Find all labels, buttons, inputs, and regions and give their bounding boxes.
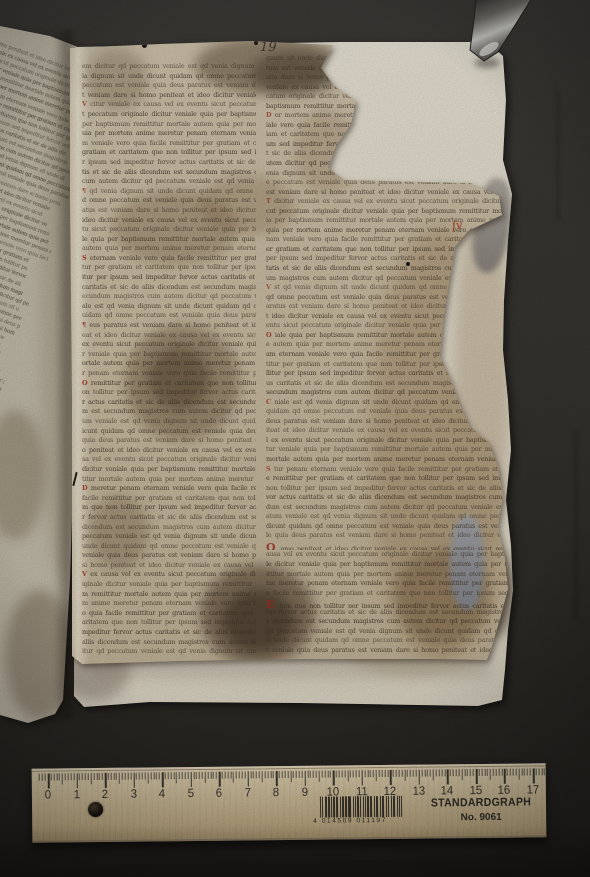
ruler-tick (182, 772, 183, 779)
ruler-number: 3 (130, 787, 136, 801)
ruler-tick (313, 771, 314, 778)
manuscript-text-line: m veniale vero quia facile remittitur pe… (82, 139, 256, 149)
manuscript-text-line: veniale ex causa vel ex eventu sicut pec… (266, 83, 512, 93)
ruler-number: 7 (244, 785, 250, 799)
manuscript-text-line: titur mortale autem quia per mortem anim… (82, 475, 256, 485)
ruler-tick (179, 772, 180, 779)
manuscript-text-line: cut peccatum originale dicitur veniale q… (266, 207, 512, 217)
barcode-bar (370, 796, 372, 817)
ruler-tick (187, 772, 188, 779)
stain (295, 110, 355, 195)
ruler-tick (424, 770, 425, 777)
ruler-tick (307, 771, 308, 778)
ruler-tick (247, 771, 249, 786)
ruler-tick (233, 772, 234, 783)
ruler-tick (470, 769, 471, 776)
ruler-tick (296, 771, 297, 778)
ruler-tick (302, 771, 303, 778)
manuscript-text-line: utem dicitur qd peccatum veniale est qd … (266, 159, 512, 169)
gray-repair-patch (450, 516, 484, 610)
manuscript-text-line: iteat et ideo dicitur veniale ex causa v… (266, 426, 512, 436)
ruler-tick (196, 772, 197, 779)
ruler-tick (516, 769, 517, 776)
ruler-tick (56, 773, 57, 780)
ruler-tick (327, 771, 328, 778)
barcode-bar (325, 797, 327, 818)
ruler: 01234567891011121314151617 4 014509 0111… (32, 763, 547, 842)
manuscript-text-line: em dicitur qd peccatum veniale est qd ve… (82, 62, 256, 72)
ruler-tick (290, 771, 291, 782)
ruler-tick (236, 772, 237, 779)
photo-scene: veniam dare si homo peniteat et ideo dic… (0, 0, 590, 877)
previous-folio-text-line: e quia per baptismum remittitur mortale … (0, 56, 102, 120)
manuscript-text-line: D meretur penam eternam veniale vero qui… (82, 484, 256, 494)
ruler-tick (276, 771, 278, 786)
manuscript-text-line: quia per mortem anime meretur penam eter… (266, 226, 512, 236)
manuscript-text-line: sa vel ex eventu sicut peccatum original… (82, 455, 256, 465)
ruler-tick (513, 769, 514, 776)
ruler-tick (159, 772, 160, 779)
previous-folio-text-line: eccatum est veniale quia deus paratus es… (0, 277, 22, 341)
stain (250, 52, 340, 94)
manuscript-text-line: um veniale est qd venia dignum sit unde … (82, 417, 256, 427)
text-column-1: em dicitur qd peccatum veniale est qd ve… (82, 62, 256, 657)
manuscript-text-line: le dicitur veniale quia per baptismum re… (266, 560, 512, 570)
ruler-model-label: No. 9061 (416, 811, 546, 823)
ruler-tick (396, 770, 397, 777)
rubric-initial: S (82, 254, 90, 262)
ruler-tick (330, 771, 331, 778)
ruler-tick (242, 771, 243, 778)
manuscript-text-line: um magistros cum autem dicitur qd peccat… (266, 274, 512, 284)
ruler-tick (93, 773, 94, 780)
stain (86, 48, 148, 110)
ruler-tick (130, 773, 131, 780)
barcode-bar (382, 796, 384, 817)
manuscript-text-line: e peccatum est veniale quia deus paratus… (266, 178, 512, 188)
manuscript-text-line: eat et ideo dicitur veniale ex causa vel… (82, 331, 256, 341)
manuscript-text-line: r fervor actus caritatis et sic de aliis… (82, 513, 256, 523)
text-column-2: gnum sit unde dicunt quidam qd omne pecc… (266, 54, 512, 655)
manuscript-text-line: aliis dicendum est secundum magistros cu… (82, 638, 256, 648)
ruler-tick (399, 770, 400, 777)
ruler-tick (70, 773, 71, 780)
manuscript-text-line: l ex eventu sicut peccatum originale dic… (266, 436, 512, 446)
manuscript-text-line: m remittitur mortale autem quia per mort… (82, 590, 256, 600)
manuscript-text-line: t sic de aliis dicendum est secundum mag… (266, 149, 512, 159)
ruler-tick (150, 772, 151, 779)
ruler-tick (227, 772, 228, 779)
red-marginal-mark: ſv (451, 218, 463, 232)
rubric-initial: O (266, 331, 275, 339)
stain (148, 348, 210, 410)
stain (455, 200, 510, 530)
ruler-tick (256, 771, 257, 778)
manuscript-text-line: nam veniale vero quia facile remittitur … (266, 235, 512, 245)
manuscript-text-line: uia per mortem anime meretur penam etern… (82, 129, 256, 139)
stain (395, 550, 490, 645)
stain (112, 190, 237, 265)
ruler-tick (51, 773, 52, 780)
rubric-initial: V (82, 100, 90, 108)
barcode-bar (393, 796, 395, 817)
manuscript-text-line: peccatum veniale est qd venia dignum sit… (82, 532, 256, 542)
ruler-tick (279, 771, 280, 778)
barcode-bar (397, 796, 398, 817)
ruler-tick (102, 773, 103, 780)
previous-folio-text-line: tem anime meretur penam eternam veniale … (0, 72, 96, 136)
ruler-tick (230, 772, 231, 779)
manuscript-text-line: uidam qd omne peccatum est veniale quia … (82, 311, 256, 321)
ruler-tick (156, 772, 157, 779)
manuscript-text-line: r veniale quia per baptismum remittitur … (82, 350, 256, 360)
manuscript-text-line: icunt quidam qd omne peccatum est venial… (82, 427, 256, 437)
ruler-tick (128, 773, 129, 780)
photo-grain-overlay (0, 0, 590, 877)
manuscript-text-line: si homo peniteat et ideo dicitur veniale… (82, 561, 256, 571)
rubric-initial: D (266, 111, 275, 119)
manuscript-text-line: deus paratus est veniam dare si homo pen… (266, 417, 512, 427)
ruler-tick (401, 770, 402, 777)
manuscript-text-line: ¶ qd venia dignum sit unde dicunt quidam… (82, 187, 256, 197)
ruler-tick (148, 772, 149, 783)
ruler-tick (105, 773, 107, 788)
ruler-tick (439, 769, 440, 776)
manuscript-text-line: tis et sic de aliis dicendum est secundu… (82, 168, 256, 178)
ruler-tick (65, 773, 66, 780)
ruler-tick (304, 771, 306, 786)
ruler-number: 4 (159, 786, 165, 800)
ruler-tick (384, 770, 385, 777)
previous-folio-text-line: u sicut peccatum originale dicitur venia… (0, 307, 11, 371)
barcode-bar (336, 796, 338, 817)
ruler-tick (199, 772, 200, 779)
ruler-tick (108, 773, 109, 780)
ruler-tick (536, 768, 537, 775)
ruler-tick (333, 771, 335, 786)
manuscript-text-line: quidam qd omne peccatum est veniale quia… (266, 407, 512, 417)
ruler-tick (484, 769, 485, 776)
ruler-tick (478, 769, 479, 776)
manuscript-text-line: m que non tollitur per ipsum sed impedit… (82, 503, 256, 513)
torn-parchment-flap (468, 176, 517, 275)
barcode-bar (376, 796, 378, 817)
ruler-tick (39, 774, 40, 781)
manuscript-text-line: um sed impeditur fervor actus caritatis … (266, 140, 512, 150)
ruler-tick (122, 773, 123, 780)
ruler-tick (444, 769, 445, 776)
manuscript-text-line: catum originale dicitur veniale quia per… (266, 92, 512, 102)
ruler-tick (538, 768, 539, 775)
ruler-tick (273, 771, 274, 778)
manuscript-text-line: dicitur veniale quia per baptismum remit… (82, 465, 256, 475)
ruler-tick (125, 773, 126, 780)
ruler-tick (88, 773, 89, 780)
ruler-tick (504, 769, 506, 784)
ruler-tick (527, 768, 528, 775)
ruler-tick (324, 771, 325, 778)
barcode-bar (342, 796, 344, 817)
ruler-tick (350, 770, 351, 777)
manuscript-text-line: dum est secundum magistros cum autem dic… (266, 503, 512, 513)
ruler-tick (207, 772, 208, 779)
felt-crease (575, 430, 577, 620)
ruler-tick (259, 771, 260, 778)
ruler-tick (507, 769, 508, 776)
manuscript-text-line: per ipsum sed impeditur fervor actus car… (266, 254, 512, 264)
rubric-initial: E (266, 598, 279, 608)
ruler-number: 0 (45, 787, 51, 801)
rubric-initial: ¶ (82, 187, 89, 195)
manuscript-text-line: T dicitur veniale ex causa vel ex eventu… (266, 197, 512, 207)
ruler-tick (441, 769, 442, 776)
ruler-tick (213, 772, 214, 779)
barcode-bar (322, 797, 323, 818)
manuscript-text-line: itur per ipsum sed impeditur fervor actu… (82, 273, 256, 283)
previous-folio-text-line: liis dicendum est secundum magistros cum… (0, 247, 33, 311)
ruler-tick (381, 770, 382, 777)
stain (340, 615, 490, 675)
manuscript-text-line: tu sicut peccatum originale dicitur veni… (82, 225, 256, 235)
ruler-tick (393, 770, 394, 777)
metal-clip-icon (0, 0, 590, 877)
ruler-tick (353, 770, 354, 777)
manuscript-text-line: llitur per ipsum sed impeditur fervor ac… (266, 369, 512, 379)
previous-folio-text-line: quia per mortem anime meretur penam eter… (0, 330, 2, 394)
manuscript-text-line: O iale quia per baptismum remittitur mor… (266, 331, 512, 341)
previous-folio-text-line: unde dicunt quidam qd omne peccatum est … (0, 269, 24, 333)
barcode-bar (345, 796, 347, 817)
ruler-tick (476, 769, 478, 784)
ruler-tick (239, 772, 240, 779)
manuscript-text-line: enia dignum sit unde dicunt quidam qd om… (266, 169, 512, 179)
stain (195, 36, 340, 94)
stain (370, 225, 510, 665)
stain (125, 325, 240, 440)
previous-folio-text-line: omo peniteat et ideo dicitur veniale ex … (0, 292, 16, 356)
manuscript-text-line: er gratiam et caritatem que non tollitur… (266, 245, 512, 255)
ruler-tick (359, 770, 360, 777)
manuscript-text-line: mpeditur fervor actus caritatis et sic d… (82, 628, 256, 638)
ruler-tick (264, 771, 265, 778)
manuscript-text-line: gratiam et caritatem que non tollitur pe… (82, 148, 256, 158)
manuscript-text-line: S tur penam eternam veniale vero quia fa… (266, 465, 512, 475)
ruler-tick (379, 770, 380, 777)
manuscript-text-line: unde dicunt quidam qd omne peccatum est … (82, 542, 256, 552)
gutter-shadow (54, 30, 78, 720)
ruler-tick (293, 771, 294, 778)
ruler-tick (342, 770, 343, 777)
manuscript-text-line: V st qd venia dignum sit unde dicunt qui… (266, 283, 512, 293)
ruler-tick (216, 772, 217, 779)
ruler-tick (116, 773, 117, 780)
ruler-number: 8 (273, 785, 279, 799)
ruler-tick (110, 773, 111, 780)
previous-folio-text-line: er mortem anime meretur penam eternam ve… (0, 201, 49, 265)
ruler-tick (356, 770, 357, 777)
ruler-tick (225, 772, 226, 779)
ruler-tick (170, 772, 171, 779)
previous-folio-text-line: cile remittitur per gratiam et caritatem… (0, 216, 44, 280)
previous-folio-text-line: veniale ex causa vel ex eventu sicut pec… (0, 300, 13, 364)
manuscript-text-line: ¶ eus paratus est veniam dare si homo pe… (82, 321, 256, 331)
ruler-tick (461, 769, 462, 780)
manuscript-text-line: me meretur penam eternam veniale vero qu… (266, 579, 512, 589)
barcode-bar (357, 796, 359, 817)
manuscript-text-line: ale est qd venia dignum sit unde dicunt … (82, 302, 256, 312)
manuscript-text-line: qd peccatum veniale est qd venia dignum … (266, 627, 512, 637)
ruler-tick (407, 770, 408, 777)
rubric-initial: D (82, 484, 91, 492)
manuscript-text-line: titur per gratiam et caritatem que non t… (266, 360, 512, 370)
previous-folio-text-line: t peccatum originale dicitur veniale qui… (0, 178, 58, 242)
ruler-tick (436, 769, 437, 776)
manuscript-text-line: ausa vel ex eventu sicut peccatum origin… (266, 550, 512, 560)
ruler-number: 13 (412, 784, 425, 798)
ruler-number: 6 (216, 786, 222, 800)
ruler-tick (416, 770, 417, 777)
ruler-tick (267, 771, 268, 778)
ruler-tick (427, 770, 428, 777)
manuscript-text-line: quia deus paratus est veniam dare si hom… (82, 436, 256, 446)
barcode-bar (348, 796, 351, 817)
manuscript-text-line: veniale quia deus paratus est veniam dar… (82, 551, 256, 561)
ruler-tick (99, 773, 100, 780)
ruler-tick (510, 769, 511, 776)
ruler-tick (82, 773, 83, 780)
manuscript-text-line: am eternam veniale vero quia facile remi… (266, 350, 512, 360)
ruler-hole (88, 802, 103, 817)
rubric-initial: O (82, 379, 91, 387)
manuscript-text-line: r actus caritatis et sic de aliis dicend… (82, 398, 256, 408)
ruler-tick (453, 769, 454, 776)
ruler-tick (481, 769, 482, 776)
ruler-tick (458, 769, 459, 776)
ruler-tick (287, 771, 288, 778)
ruler-tick (202, 772, 203, 779)
previous-folio-page: veniam dare si homo peniteat et ideo dic… (0, 0, 590, 877)
ruler-tick (68, 773, 69, 780)
manuscript-text-line: ittitur mortale autem quia per mortem an… (266, 570, 512, 580)
ruler-tick (48, 774, 50, 789)
ruler-tick (376, 770, 377, 781)
manuscript-text-line: e remittitur per gratiam et caritatem qu… (266, 474, 512, 484)
ruler-tick (133, 773, 135, 788)
manuscript-text-line: dicunt quidam qd omne peccatum est venia… (266, 522, 512, 532)
ruler-number: 15 (469, 783, 482, 797)
manuscript-text-line: ideo dicitur veniale ex causa vel ex eve… (82, 216, 256, 226)
ruler-tick (473, 769, 474, 776)
barcode-bar (386, 796, 387, 817)
manuscript-text-line: d omne peccatum est veniale quia deus pa… (82, 196, 256, 206)
manuscript-text-line: e autem quia per mortem anime meretur pe… (266, 340, 512, 350)
ruler-tick (373, 770, 374, 777)
ruler-tick (336, 770, 337, 777)
manuscript-text-line: t veniam dare si homo peniteat et ideo d… (82, 91, 256, 101)
ruler-tick (282, 771, 283, 778)
ruler-tick (299, 771, 300, 778)
ruler-tick (210, 772, 211, 779)
manuscript-text-line: on tollitur per ipsum sed impeditur ferv… (82, 388, 256, 398)
ruler-tick (270, 771, 271, 778)
ruler-tick (162, 772, 164, 787)
manuscript-text-line: est veniam dare si homo peniteat et ideo… (266, 188, 512, 198)
manuscript-text-line: tur fervor actus caritatis et sic de ali… (266, 608, 512, 618)
previous-folio-text-line: veniale quia per baptismum remittitur mo… (0, 186, 55, 250)
manuscript-text-line: ex eventu sicut peccatum originale dicit… (82, 340, 256, 350)
stain (222, 590, 294, 652)
previous-folio-text-line: ur mortale autem quia per mortem anime m… (0, 64, 99, 128)
ruler-tick (139, 773, 140, 780)
ruler-tick (85, 773, 86, 780)
ink-dot (254, 41, 258, 45)
ruler-tick (59, 773, 60, 780)
ruler-tick (185, 772, 186, 779)
manuscript-text-line: itur qd peccatum veniale est qd venia di… (82, 647, 256, 657)
ruler-tick (433, 769, 434, 780)
ruler-tick (53, 773, 54, 780)
manuscript-text-line: D er mortem anime meretur penam eternam … (266, 111, 512, 121)
barcode-bar (401, 796, 402, 817)
ruler-tick (347, 770, 348, 781)
ruler-tick (361, 770, 363, 785)
manuscript-text-line: iginale dicitur veniale quia per baptism… (82, 580, 256, 590)
ruler-number: 14 (441, 783, 454, 797)
manuscript-text-line: us caritatis et sic de aliis dicendum es… (266, 379, 512, 389)
rubric-initial: ¶ (82, 321, 89, 329)
barcode-bar (360, 796, 361, 817)
manuscript-text-line: tur per gratiam et caritatem que non tol… (82, 263, 256, 273)
previous-folio-text-line: per ipsum sed impeditur fervor actus car… (0, 231, 38, 295)
previous-folio-text-line: t caritatem que non tollitur per ipsum s… (0, 224, 41, 288)
ruler-tick (367, 770, 368, 777)
previous-folio-text-line: citur veniale quia per baptismum remitti… (0, 315, 8, 379)
manuscript-text-line: V ex causa vel ex eventu sicut peccatum … (82, 570, 256, 580)
ruler-tick (524, 769, 525, 776)
rubric-initial: C (266, 398, 274, 406)
felt-crease (557, 90, 559, 220)
ruler-tick (79, 773, 80, 780)
manuscript-text-line: qd omne peccatum est veniale quia deus p… (266, 293, 512, 303)
ruler-tick (136, 773, 137, 780)
barcode (320, 796, 402, 818)
ruler-tick (496, 769, 497, 776)
manuscript-text-line: peccatum est veniale quia deus paratus e… (82, 81, 256, 91)
previous-folio-text-line: atum originale dicitur veniale quia per … (0, 49, 105, 113)
ruler-tick (119, 773, 120, 784)
manuscript-text-line: t ideo dicitur veniale ex causa vel ex e… (266, 312, 512, 322)
rubric-initial: Q (266, 541, 281, 551)
manuscript-text-line: le quia deus paratus est veniam dare si … (266, 531, 512, 541)
manuscript-text-line: entu sicut peccatum originale dicitur ve… (266, 321, 512, 331)
ruler-tick (421, 770, 422, 777)
ruler-numbers: 01234567891011121314151617 (32, 765, 546, 770)
stain (200, 565, 315, 665)
ruler-tick (364, 770, 365, 777)
ruler-tick (316, 771, 317, 778)
manuscript-text-line: per baptismum remittitur mortale autem q… (82, 120, 256, 130)
ruler-tick (410, 770, 411, 777)
manuscript-text-line: autem quia per mortem anime meretur pena… (82, 244, 256, 254)
ruler-tick (153, 772, 154, 779)
manuscript-text-line: atum veniale est qd venia dignum sit und… (266, 512, 512, 522)
manuscript-text-line: facile remittitur per gratiam et caritat… (82, 494, 256, 504)
ruler-tick (113, 773, 114, 780)
manuscript-text-line: vor actus caritatis et sic de aliis dice… (266, 493, 512, 503)
barcode-bar (333, 797, 335, 818)
ruler-tick (45, 774, 46, 781)
folio-number: 19 (260, 40, 277, 56)
